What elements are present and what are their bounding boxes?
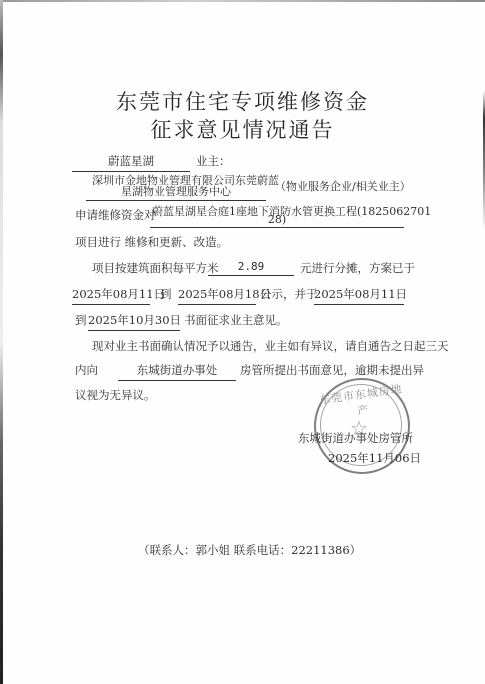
project-action: 项目进行 维修和更新、改造。 [75,234,228,250]
publicity-start-field: 2025年08月11日 [72,286,150,305]
title-line-2: 征求意见情况通告 [0,114,485,144]
issue-date: 2025年11月06日 [328,450,421,466]
project-line-2: 28) [150,213,404,228]
publicity-end-field: 2025年08月18日 [178,286,256,305]
notice-line-1: 现对业主书面确认情况予以通告，业主如有异议，请自通告之日起三天 [92,338,449,354]
solicit-end-field: 2025年10月30日 [88,312,180,331]
title-line-1: 东莞市住宅专项维修资金 [0,86,485,116]
solicit-start-field: 2025年08月11日 [314,286,404,305]
notice-prefix: 内向 [75,362,98,378]
company-line-2: 星湖物业管理服务中心 [86,183,266,201]
area-suffix: 元进行分摊，方案已于 [300,260,415,276]
notice-line-2-suffix: 房管所提出书面意见，逾期未提出异 [240,362,424,378]
owner-suffix: 业主： [196,153,231,169]
apply-prefix: 申请维修资金对 [75,207,156,223]
office-field: 东城街道办事处 [118,362,236,381]
notice-line-3: 议视为无异议。 [75,387,156,403]
document-page: 东莞市住宅专项维修资金 征求意见情况通告 蔚蓝星湖 业主： 深圳市金地物业管理有… [0,0,485,684]
scan-edge-top [0,0,485,2]
to-2: 到 [75,312,87,328]
rate-field: 2.89 [208,260,294,276]
to-1: 到 [160,286,172,302]
issuer: 东城街道办事处房管所 [298,430,413,446]
contact-info: （联系人：郭小姐 联系电话：22211386） [138,542,361,558]
solicit-suffix: 书面征求业主意见。 [184,312,288,328]
area-prefix: 项目按建筑面积每平方米 [92,260,219,276]
publicity-suffix: 公示，并于 [260,286,318,302]
company-role: （物业服务企业/相关业主） [275,178,411,194]
owner-name-field: 蔚蓝星湖 [72,153,190,172]
